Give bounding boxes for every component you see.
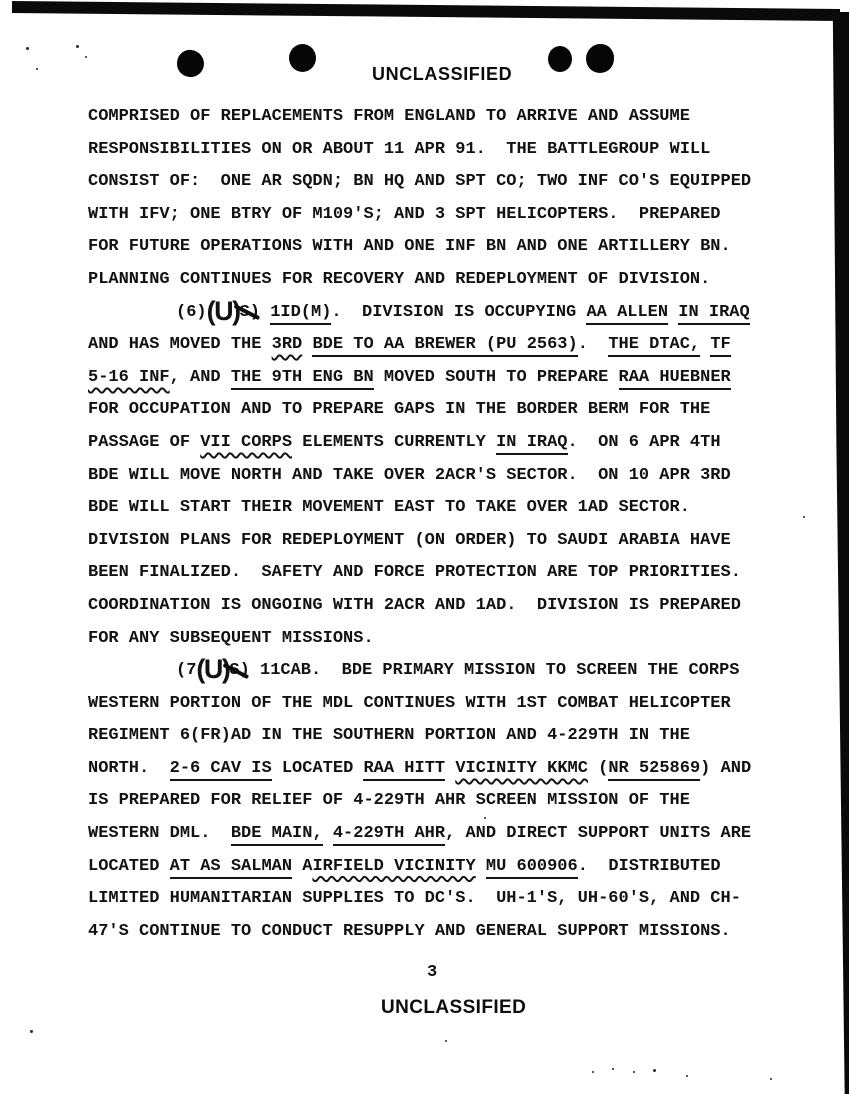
document-body: COMPRISED OF REPLACEMENTS FROM ENGLAND T… xyxy=(88,101,788,948)
text-segment xyxy=(445,759,455,778)
text-segment: FOR FUTURE OPERATIONS WITH AND ONE INF B… xyxy=(88,237,731,256)
underlined-text: IN IRAQ xyxy=(496,433,567,455)
document-line: COMPRISED OF REPLACEMENTS FROM ENGLAND T… xyxy=(88,101,788,134)
underlined-text: MU 600906 xyxy=(486,857,578,879)
underlined-text: 5-16 INF xyxy=(88,368,170,387)
scan-border-top xyxy=(12,1,840,21)
underlined-text: NR 525869 xyxy=(608,759,700,781)
ink-speck xyxy=(770,1078,772,1080)
scan-border-right xyxy=(831,12,849,1094)
text-segment: FOR OCCUPATION AND TO PREPARE GAPS IN TH… xyxy=(88,400,710,419)
text-segment: MOVED SOUTH TO PREPARE xyxy=(374,368,619,387)
ink-speck xyxy=(445,1040,447,1042)
text-segment: WESTERN DML. xyxy=(88,824,231,843)
ink-speck xyxy=(85,56,87,58)
document-line: PASSAGE OF VII CORPS ELEMENTS CURRENTLY … xyxy=(88,427,788,460)
punch-hole-dot xyxy=(289,44,316,72)
underlined-text: VII CORPS xyxy=(200,433,292,452)
document-page: UNCLASSIFIED COMPRISED OF REPLACEMENTS F… xyxy=(0,0,850,1094)
header-classification-label: UNCLASSIFIED xyxy=(372,64,512,85)
text-segment: A xyxy=(292,857,312,876)
text-segment: IS PREPARED FOR RELIEF OF 4-229TH AHR SC… xyxy=(88,791,690,810)
document-line: (6)(U)S) 1ID(M). DIVISION IS OCCUPYING A… xyxy=(88,297,788,330)
underlined-text: IRFIELD VICINITY xyxy=(312,857,475,876)
text-segment: REGIMENT 6(FR)AD IN THE SOUTHERN PORTION… xyxy=(88,726,690,745)
struck-classification-marking: S) xyxy=(240,297,260,330)
text-segment: BDE WILL MOVE NORTH AND TAKE OVER 2ACR'S… xyxy=(88,466,731,485)
document-line: IS PREPARED FOR RELIEF OF 4-229TH AHR SC… xyxy=(88,785,788,818)
document-line: AND HAS MOVED THE 3RD BDE TO AA BREWER (… xyxy=(88,329,788,362)
ink-speck xyxy=(26,47,29,50)
text-segment: WITH IFV; ONE BTRY OF M109'S; AND 3 SPT … xyxy=(88,205,721,224)
underlined-text: 1ID(M) xyxy=(270,303,331,325)
document-line: WESTERN DML. BDE MAIN, 4-229TH AHR, AND … xyxy=(88,818,788,851)
underlined-text: IN IRAQ xyxy=(678,303,749,325)
text-segment: WESTERN PORTION OF THE MDL CONTINUES WIT… xyxy=(88,694,731,713)
text-segment: BEEN FINALIZED. SAFETY AND FORCE PROTECT… xyxy=(88,563,741,582)
ink-speck xyxy=(612,1068,614,1070)
text-segment: . xyxy=(578,335,609,354)
document-line: LOCATED AT AS SALMAN AIRFIELD VICINITY M… xyxy=(88,851,788,884)
document-line: 47'S CONTINUE TO CONDUCT RESUPPLY AND GE… xyxy=(88,916,788,949)
text-segment xyxy=(302,335,312,354)
text-segment: AND HAS MOVED THE xyxy=(88,335,272,354)
document-line: PLANNING CONTINUES FOR RECOVERY AND REDE… xyxy=(88,264,788,297)
text-segment: 47'S CONTINUE TO CONDUCT RESUPPLY AND GE… xyxy=(88,922,731,941)
underlined-text: 2-6 CAV IS xyxy=(170,759,272,781)
ink-speck xyxy=(592,1071,594,1073)
document-line: BDE WILL START THEIR MOVEMENT EAST TO TA… xyxy=(88,492,788,525)
document-line: WESTERN PORTION OF THE MDL CONTINUES WIT… xyxy=(88,688,788,721)
document-line: DIVISION PLANS FOR REDEPLOYMENT (ON ORDE… xyxy=(88,525,788,558)
text-segment: LIMITED HUMANITARIAN SUPPLIES TO DC'S. U… xyxy=(88,889,741,908)
text-segment: , AND xyxy=(170,368,231,387)
ink-speck xyxy=(36,68,38,70)
document-line: RESPONSIBILITIES ON OR ABOUT 11 APR 91. … xyxy=(88,134,788,167)
document-line: NORTH. 2-6 CAV IS LOCATED RAA HITT VICIN… xyxy=(88,753,788,786)
text-segment: NORTH. xyxy=(88,759,170,778)
text-segment: ( xyxy=(588,759,608,778)
text-segment: . DISTRIBUTED xyxy=(578,857,721,876)
punch-hole-dot xyxy=(175,48,205,78)
document-line: BEEN FINALIZED. SAFETY AND FORCE PROTECT… xyxy=(88,557,788,590)
underlined-text: AA ALLEN xyxy=(586,303,668,325)
underlined-text: 4-229TH AHR xyxy=(333,824,445,846)
text-segment xyxy=(476,857,486,876)
underlined-text: THE 9TH ENG BN xyxy=(231,368,374,390)
ink-speck xyxy=(30,1030,33,1033)
footer-classification-label: UNCLASSIFIED xyxy=(381,997,526,1019)
text-segment: PASSAGE OF xyxy=(88,433,200,452)
ink-speck xyxy=(803,516,805,518)
underlined-text: 3RD xyxy=(272,335,303,354)
document-line: FOR OCCUPATION AND TO PREPARE GAPS IN TH… xyxy=(88,394,788,427)
text-segment: , AND DIRECT SUPPORT UNITS ARE xyxy=(445,824,751,843)
ink-speck xyxy=(76,45,79,48)
text-segment: COMPRISED OF REPLACEMENTS FROM ENGLAND T… xyxy=(88,107,690,126)
underlined-text: RAA HITT xyxy=(363,759,445,781)
text-segment: 11CAB. BDE PRIMARY MISSION TO SCREEN THE… xyxy=(250,661,740,680)
text-segment: . ON 6 APR 4TH xyxy=(568,433,721,452)
ink-speck xyxy=(653,1069,656,1072)
underlined-text: TF xyxy=(710,335,730,357)
text-segment: FOR ANY SUBSEQUENT MISSIONS. xyxy=(88,629,374,648)
document-line: WITH IFV; ONE BTRY OF M109'S; AND 3 SPT … xyxy=(88,199,788,232)
text-segment xyxy=(260,303,270,322)
text-segment: . DIVISION IS OCCUPYING xyxy=(331,303,586,322)
struck-classification-marking: S) xyxy=(229,655,249,688)
underlined-text: BDE MAIN, xyxy=(231,824,323,846)
underlined-text: AT AS SALMAN xyxy=(170,857,292,879)
text-segment xyxy=(668,303,678,322)
text-segment: PLANNING CONTINUES FOR RECOVERY AND REDE… xyxy=(88,270,710,289)
punch-hole-dot xyxy=(586,44,614,73)
text-segment: DIVISION PLANS FOR REDEPLOYMENT (ON ORDE… xyxy=(88,531,731,550)
document-line: CONSIST OF: ONE AR SQDN; BN HQ AND SPT C… xyxy=(88,166,788,199)
text-segment: ) AND xyxy=(700,759,751,778)
text-segment: BDE WILL START THEIR MOVEMENT EAST TO TA… xyxy=(88,498,690,517)
text-segment: (6) xyxy=(176,303,207,322)
document-line: FOR ANY SUBSEQUENT MISSIONS. xyxy=(88,623,788,656)
document-line: (7(U)S) 11CAB. BDE PRIMARY MISSION TO SC… xyxy=(88,655,788,688)
document-line: FOR FUTURE OPERATIONS WITH AND ONE INF B… xyxy=(88,231,788,264)
document-line: REGIMENT 6(FR)AD IN THE SOUTHERN PORTION… xyxy=(88,720,788,753)
text-segment: LOCATED xyxy=(272,759,364,778)
text-segment: (7 xyxy=(176,661,196,680)
text-segment: COORDINATION IS ONGOING WITH 2ACR AND 1A… xyxy=(88,596,741,615)
document-line: COORDINATION IS ONGOING WITH 2ACR AND 1A… xyxy=(88,590,788,623)
underlined-text: RAA HUEBNER xyxy=(619,368,731,390)
page-number: 3 xyxy=(427,963,437,982)
ink-speck xyxy=(633,1071,635,1073)
document-line: 5-16 INF, AND THE 9TH ENG BN MOVED SOUTH… xyxy=(88,362,788,395)
underlined-text: THE DTAC, xyxy=(608,335,700,357)
text-segment: RESPONSIBILITIES ON OR ABOUT 11 APR 91. … xyxy=(88,140,710,159)
punch-hole-dot xyxy=(548,46,572,72)
underlined-text: BDE TO AA BREWER (PU 2563) xyxy=(312,335,577,357)
text-segment: CONSIST OF: ONE AR SQDN; BN HQ AND SPT C… xyxy=(88,172,751,191)
text-segment: ELEMENTS CURRENTLY xyxy=(292,433,496,452)
text-segment xyxy=(323,824,333,843)
document-line: LIMITED HUMANITARIAN SUPPLIES TO DC'S. U… xyxy=(88,883,788,916)
text-segment xyxy=(700,335,710,354)
text-segment: LOCATED xyxy=(88,857,170,876)
document-line: BDE WILL MOVE NORTH AND TAKE OVER 2ACR'S… xyxy=(88,460,788,493)
underlined-text: VICINITY KKMC xyxy=(455,759,588,778)
ink-speck xyxy=(686,1075,688,1077)
